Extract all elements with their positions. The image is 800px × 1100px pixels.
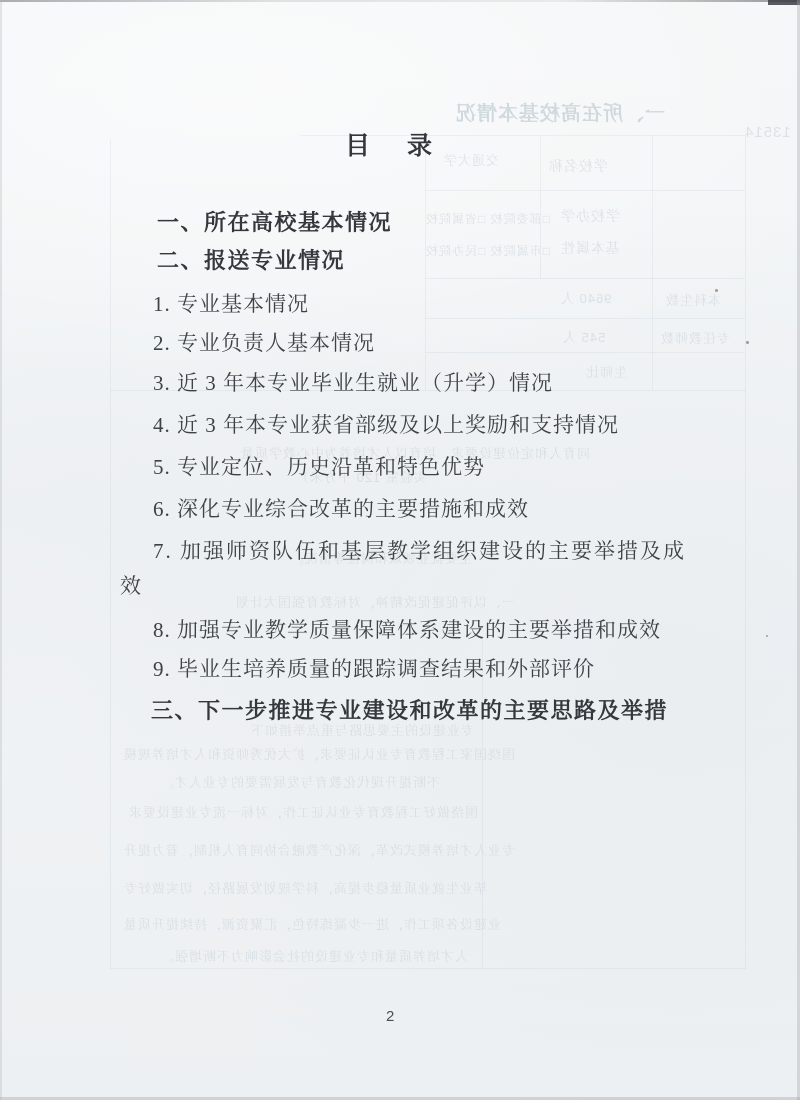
bleedthrough-text: 生师比	[585, 362, 627, 381]
bleedthrough-text: 人才培养质量和专业建设的社会影响力不断增强。	[160, 946, 468, 965]
page-title: 目 录	[345, 126, 434, 162]
bleedthrough-text: 13514	[744, 124, 791, 141]
scanned-document-page: 一、所在高校基本情况 13514 学校名称 交通大学 学校办学 基本属性 □部委…	[0, 0, 800, 1100]
bleedthrough-grid-line	[425, 352, 745, 353]
bleedthrough-text: 9640 人	[560, 288, 612, 307]
bleedthrough-text: 业建设各项工作，进一步凝练特色，汇聚资源，持续提升质量	[123, 914, 501, 933]
bleedthrough-grid-line	[745, 135, 746, 968]
toc-line: 一、所在高校基本情况	[157, 206, 392, 237]
scan-edge-top	[0, 0, 800, 2]
scan-speck	[715, 289, 718, 292]
toc-line: 二、报送专业情况	[157, 244, 345, 275]
bleedthrough-grid-line	[425, 278, 745, 279]
bleedthrough-text: 本科生数	[665, 290, 721, 309]
toc-line: 3. 近 3 年本专业毕业生就业（升学）情况	[153, 367, 553, 397]
toc-line: 5. 专业定位、历史沿革和特色优势	[153, 451, 485, 481]
bleedthrough-text: 围绕国家工程教育专业认证要求，扩大优秀师资和人才培养规模	[123, 744, 515, 763]
bleedthrough-text: 专业人才培养模式改革，深化产教融合协同育人机制，着力提升	[123, 840, 515, 859]
toc-line: 9. 毕业生培养质量的跟踪调查结果和外部评价	[153, 653, 595, 683]
toc-line: 4. 近 3 年本专业获省部级及以上奖励和支持情况	[153, 409, 619, 439]
toc-line: 8. 加强专业教学质量保障体系建设的主要举措和成效	[153, 614, 661, 644]
bleedthrough-grid-line	[425, 318, 745, 319]
bleedthrough-text: □市属院校 □民办院校	[425, 242, 550, 259]
toc-line-wrap: 效	[120, 570, 142, 600]
toc-line: 6. 深化专业综合改革的主要措施和成效	[153, 493, 529, 523]
page-number: 2	[386, 1008, 394, 1025]
bleedthrough-grid-line	[110, 968, 746, 969]
bleedthrough-text: 专任教师数	[660, 328, 730, 347]
scan-speck	[766, 635, 768, 637]
scan-speck	[746, 341, 749, 344]
bleedthrough-text: 学校办学	[560, 206, 620, 226]
bleedthrough-text: 交通大学	[443, 150, 499, 169]
scan-edge-left	[0, 0, 2, 1100]
toc-line: 7. 加强师资队伍和基层教学组织建设的主要举措及成	[153, 535, 686, 565]
bleedthrough-text: 毕业生就业质量稳步提高，科学规划发展路径，切实做好专	[123, 878, 487, 897]
bleedthrough-grid-line	[425, 190, 745, 191]
bleedthrough-text: 学校名称	[548, 156, 608, 176]
scan-edge-corner	[768, 0, 800, 5]
bleedthrough-text: 围绕做好工程教育专业认证工作，对标一流专业建设要求	[128, 802, 478, 821]
bleedthrough-text: 基本属性	[560, 238, 620, 258]
bleedthrough-text: 545 人	[562, 327, 605, 346]
bleedthrough-grid-line	[110, 140, 111, 968]
bleedthrough-text: □部委院校 □省属院校	[425, 210, 550, 227]
toc-line: 2. 专业负责人基本情况	[153, 327, 375, 357]
bleedthrough-text: 一、所在高校基本情况	[455, 97, 665, 126]
toc-line: 1. 专业基本情况	[153, 288, 309, 318]
bleedthrough-text: 一、以评促建促改精神，对标教育强国大计划	[235, 592, 515, 611]
toc-line: 三、下一步推进专业建设和改革的主要思路及举措	[151, 694, 668, 725]
bleedthrough-text: 不断提升现代化教育与发展需要的专业人才。	[160, 772, 440, 791]
